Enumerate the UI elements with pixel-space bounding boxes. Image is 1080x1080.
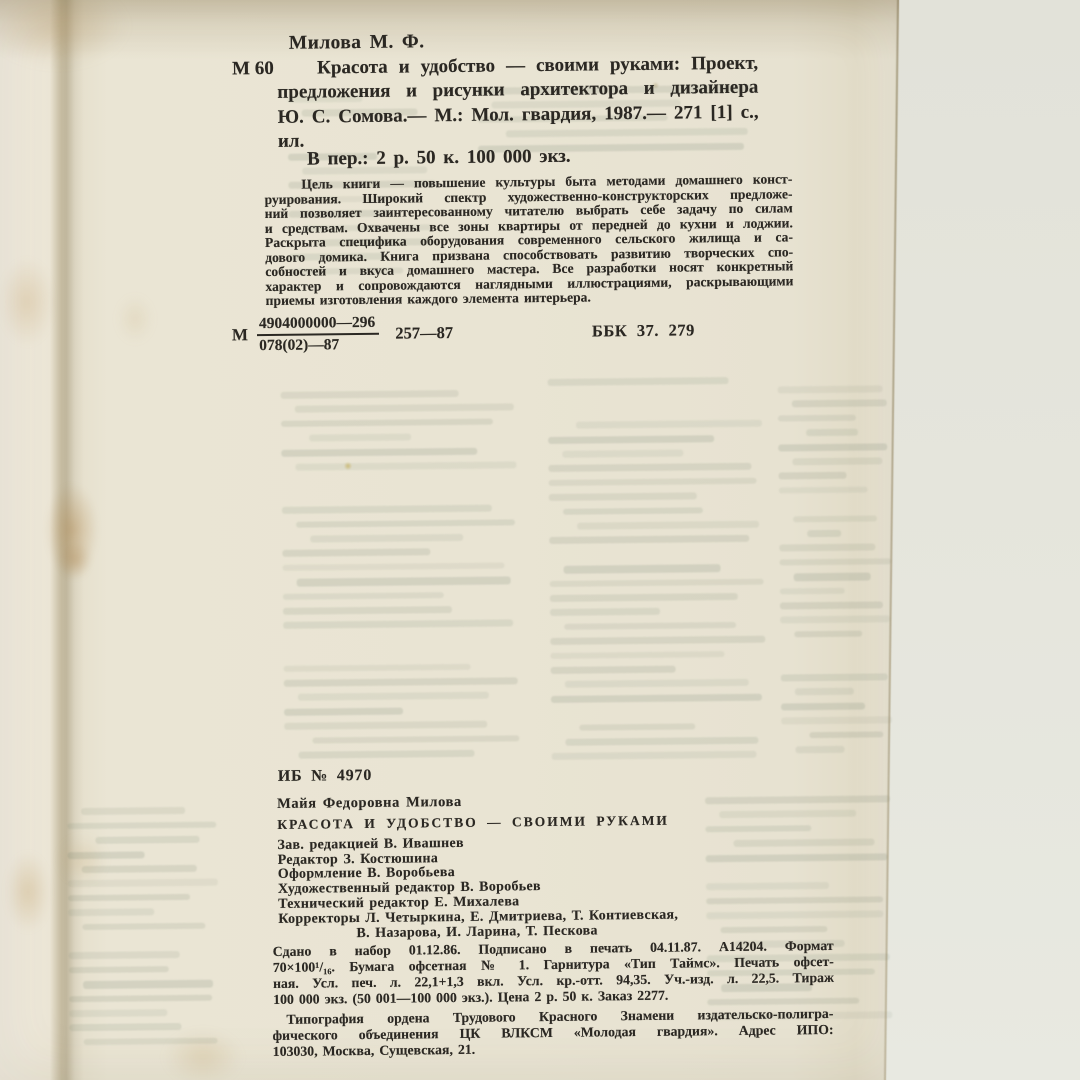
- editorial-credits-continuation: В. Назарова, И. Ларина, Т. Пескова: [356, 923, 597, 942]
- annotation-paragraph: Цель книги — повышение культуры быта мет…: [264, 172, 793, 309]
- print-specifications: Сдано в набор 01.12.86. Подписано в печа…: [273, 938, 835, 1008]
- editorial-credits: Зав. редакцией В. ИвашневРедактор З. Кос…: [277, 835, 678, 928]
- book-title: КРАСОТА И УДОБСТВО — СВОИМИ РУКАМИ: [277, 813, 669, 833]
- author-full-name: Майя Федоровна Милова: [277, 794, 462, 813]
- printing-house-info: Типография ордена Трудового Красного Зна…: [272, 1006, 833, 1060]
- imprint-page-content: Милова М. Ф. М 60 Красота и удобство — с…: [0, 0, 1080, 1080]
- bibliographic-description: Красота и удобство — своими руками: Прое…: [277, 52, 759, 155]
- bbk-code: ББК 37. 279: [592, 320, 695, 341]
- catalog-prefix: М: [232, 325, 248, 345]
- author-index-code: М 60: [232, 58, 274, 80]
- catalog-denominator: 078(02)—87: [257, 335, 379, 355]
- catalog-fraction: 4904000000—296 078(02)—87: [257, 314, 380, 355]
- catalog-index: М 4904000000—296 078(02)—87 257—87: [232, 313, 453, 355]
- price-line: В пер.: 2 р. 50 к. 100 000 экз.: [307, 146, 571, 171]
- author-heading: Милова М. Ф.: [289, 31, 425, 54]
- catalog-numerator: 4904000000—296: [257, 314, 379, 336]
- text-line: приемы изготовления каждого элемента инт…: [266, 289, 794, 309]
- ib-number: ИБ № 4970: [278, 767, 373, 786]
- catalog-suffix: 257—87: [395, 323, 453, 344]
- book-page-photo: Милова М. Ф. М 60 Красота и удобство — с…: [0, 0, 1080, 1080]
